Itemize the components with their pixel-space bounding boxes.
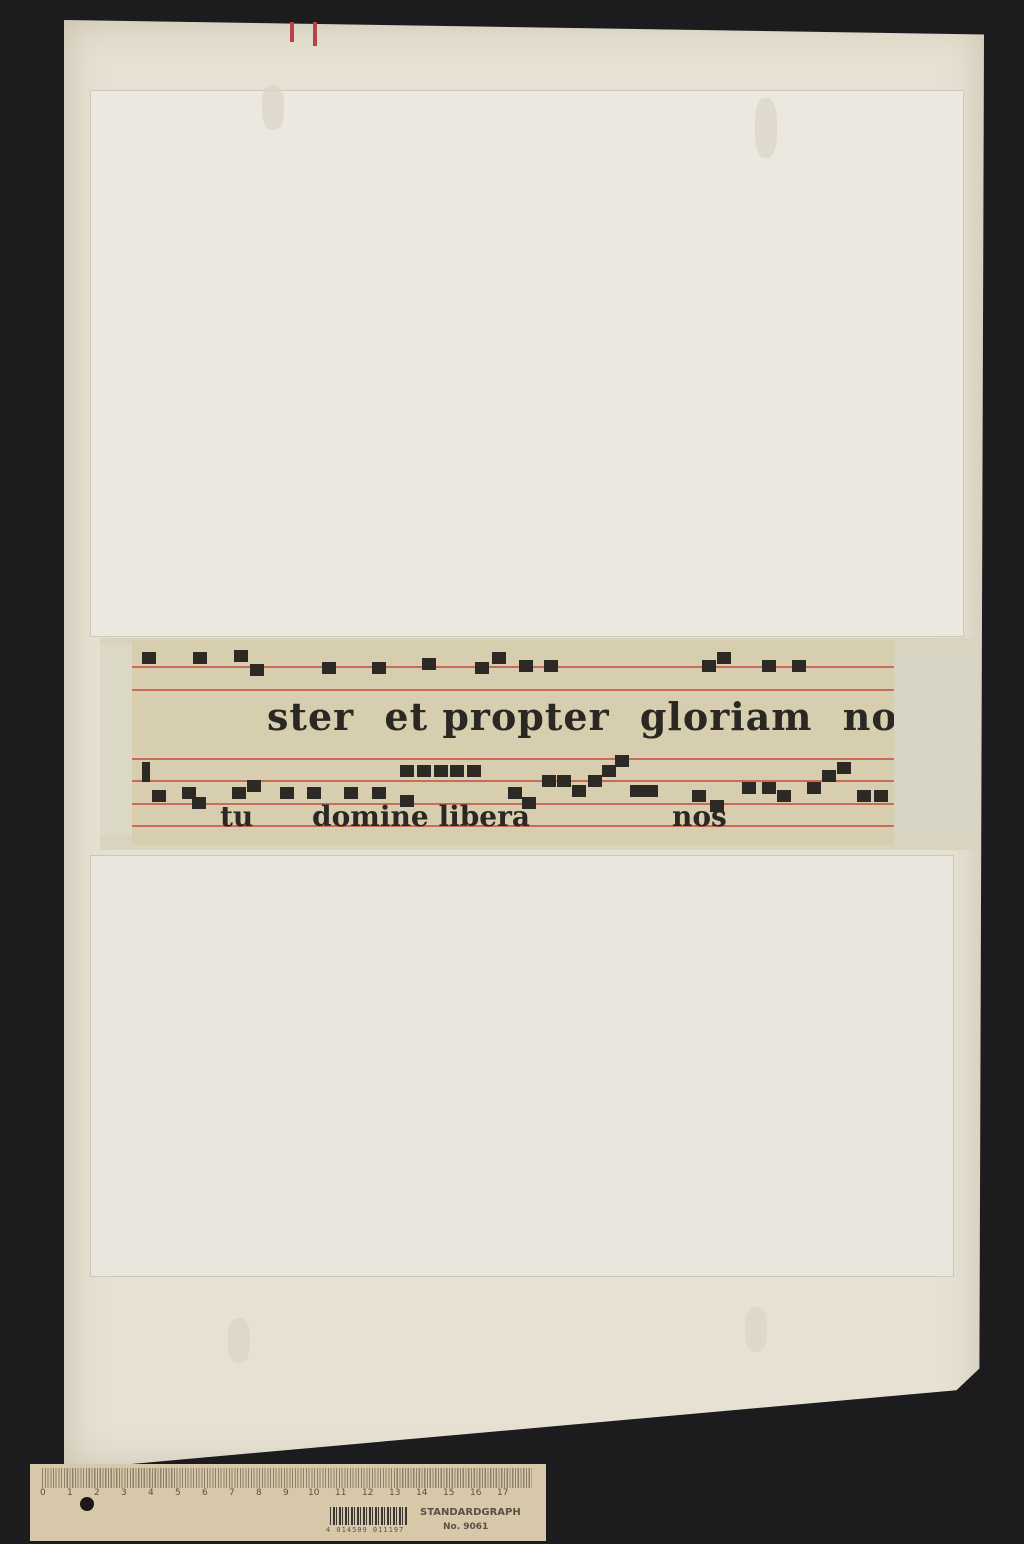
neume [344,787,358,799]
neume [542,775,556,787]
ruler-hole [80,1497,94,1511]
neume [250,664,264,676]
ruler-number: 2 [94,1488,100,1498]
neume [792,660,806,672]
neume [615,755,629,767]
ruler-number: 15 [443,1488,454,1498]
ruler-number: 7 [229,1488,235,1498]
lyric-word: nos [672,800,727,833]
neume [192,797,206,809]
neume [588,775,602,787]
neume [762,782,776,794]
lower-panel [90,855,954,1277]
ruler-number: 5 [175,1488,181,1498]
neume [422,658,436,670]
neume [280,787,294,799]
neume [742,782,756,794]
ruler-number: 4 [148,1488,154,1498]
neume [702,660,716,672]
neume [450,765,464,777]
neume [508,787,522,799]
neume [193,652,207,664]
lyric-word: domine libera [312,800,530,833]
ruler-number: 10 [308,1488,319,1498]
neume [247,780,261,792]
upper-panel [90,90,964,637]
measuring-ruler: 0 1 2 3 4 5 6 7 8 9 10 11 12 13 14 15 16… [30,1464,546,1541]
barcode [330,1507,408,1525]
red-mark [290,22,294,42]
ruler-number: 16 [470,1488,481,1498]
neume [400,765,414,777]
ruler-number: 9 [283,1488,289,1498]
ruler-number: 1 [67,1488,73,1498]
neume [717,652,731,664]
lyric-word: ster [267,694,354,739]
clef [142,762,150,782]
band-flap-left [100,645,132,835]
neume [417,765,431,777]
neume [822,770,836,782]
ruler-number: 8 [256,1488,262,1498]
ruler-number: 0 [40,1488,46,1498]
neume [602,765,616,777]
neume [557,775,571,787]
ruler-number: 13 [389,1488,400,1498]
band-flap-right [895,645,975,835]
neume [777,790,791,802]
ruler-number: 3 [121,1488,127,1498]
neume [467,765,481,777]
neume [234,650,248,662]
neume [152,790,166,802]
ruler-number: 11 [335,1488,346,1498]
neume [434,765,448,777]
strap-tab [262,85,284,130]
staff-line [132,666,894,668]
barcode-number: 4 014509 011197 [326,1526,404,1534]
neume [572,785,586,797]
neume [837,762,851,774]
lyric-word: nominis [843,694,894,739]
neume [372,787,386,799]
ruler-model: No. 9061 [443,1522,488,1532]
ruler-brand: STANDARDGRAPH [420,1507,521,1518]
neume [232,787,246,799]
neume [644,785,658,797]
ruler-ticks [42,1468,532,1488]
neume [322,662,336,674]
strap-tab [755,98,777,158]
neume [807,782,821,794]
ruler-number: 14 [416,1488,427,1498]
neume [492,652,506,664]
staff-line [132,758,894,760]
staff-line [132,689,894,691]
strap-tab [228,1318,250,1363]
strap-tab [745,1307,767,1352]
lyrics-line: ster et propter gloriam nominis [267,694,894,739]
neume [857,790,871,802]
neume [307,787,321,799]
lyric-word: tu [220,800,253,833]
red-mark [313,22,317,46]
ruler-number: 6 [202,1488,208,1498]
neume [142,652,156,664]
manuscript-fragment: ster et propter gloriam nominis tu domin… [132,640,894,845]
neume [519,660,533,672]
neume [630,785,644,797]
ruler-number: 12 [362,1488,373,1498]
lyric-word: gloriam [640,694,813,739]
neume [544,660,558,672]
neume [372,662,386,674]
neume [762,660,776,672]
lyric-word: et propter [384,694,609,739]
ruler-number: 17 [497,1488,508,1498]
neume [475,662,489,674]
neume [874,790,888,802]
